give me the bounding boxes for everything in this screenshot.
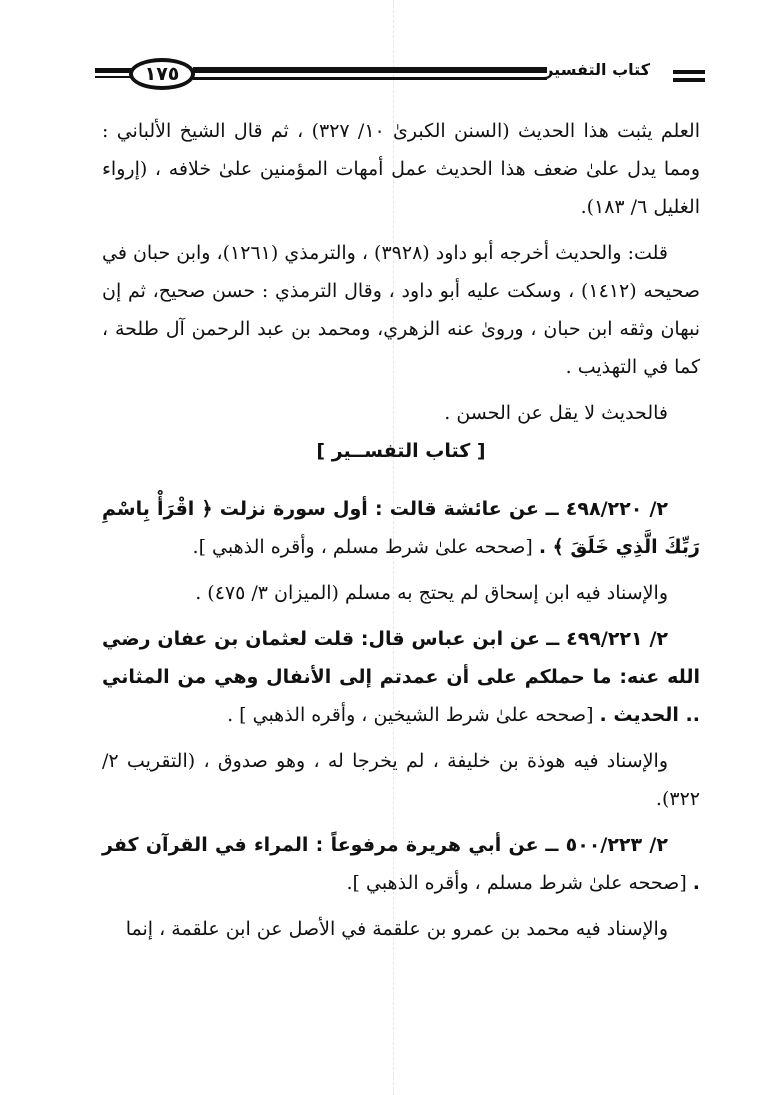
hadith-reference: ٢/ ٥٠٠/٢٢٣ ــ: [545, 834, 668, 856]
hadith-comment: والإسناد فيه ابن إسحاق لم يحتج به مسلم (…: [102, 574, 700, 612]
hadith-comment: والإسناد فيه محمد بن عمرو بن علقمة في ال…: [102, 910, 700, 948]
paragraph: فالحديث لا يقل عن الحسن .: [102, 394, 700, 432]
hadith-grading: [صححه علىٰ شرط مسلم ، وأقره الذهبي ].: [193, 536, 533, 558]
page-header: ١٧٥ كتاب التفسير: [95, 56, 705, 92]
hadith-grading: [صححه علىٰ شرط الشيخين ، وأقره الذهبي ] …: [227, 704, 593, 726]
header-rule: [95, 68, 133, 73]
hadith-entry: ٢/ ٤٩٩/٢٢١ ــ عن ابن عباس قال: قلت لعثما…: [102, 620, 700, 734]
header-mark: [673, 70, 705, 74]
hadith-entry: ٢/ ٤٩٨/٢٢٠ ــ عن عائشة قالت : أول سورة ن…: [102, 490, 700, 566]
chapter-heading: [ كتاب التفســير ]: [102, 432, 700, 470]
hadith-reference: ٢/ ٤٩٨/٢٢٠ ــ: [546, 498, 668, 520]
header-mark: [673, 78, 705, 82]
hadith-grading: [صححه علىٰ شرط مسلم ، وأقره الذهبي ].: [347, 872, 687, 894]
header-rule: [193, 77, 547, 80]
hadith-entry: ٢/ ٥٠٠/٢٢٣ ــ عن أبي هريرة مرفوعاً : الم…: [102, 826, 700, 902]
header-rule: [193, 67, 547, 73]
hadith-comment: والإسناد فيه هوذة بن خليفة ، لم يخرجا له…: [102, 742, 700, 818]
page-number: ١٧٥: [129, 58, 195, 90]
page-body: العلم يثبت هذا الحديث (السنن الكبرىٰ ١٠/…: [102, 112, 700, 948]
hadith-reference: ٢/ ٤٩٩/٢٢١ ــ: [546, 628, 668, 650]
paragraph: قلت: والحديث أخرجه أبو داود (٣٩٢٨) ، وال…: [102, 234, 700, 386]
header-rule: [95, 76, 133, 78]
paragraph: العلم يثبت هذا الحديث (السنن الكبرىٰ ١٠/…: [102, 112, 700, 226]
running-title: كتاب التفسير: [544, 60, 650, 79]
